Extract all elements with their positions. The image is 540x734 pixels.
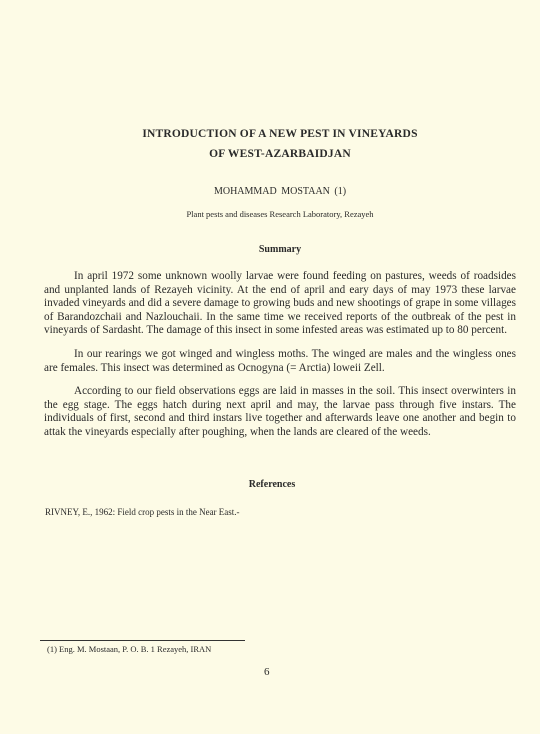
paragraph-text: In our rearings we got winged and wingle… bbox=[44, 348, 516, 375]
title-line-1: INTRODUCTION OF A NEW PEST IN VINEYARDS bbox=[10, 128, 540, 140]
author: MOHAMMAD MOSTAAN (1) bbox=[10, 186, 540, 197]
paragraph-text: According to our field observations eggs… bbox=[44, 385, 516, 439]
footnote-divider bbox=[40, 640, 245, 641]
summary-heading: Summary bbox=[10, 244, 540, 255]
paragraph-text: In april 1972 some unknown woolly larvae… bbox=[44, 270, 516, 338]
summary-paragraph-2: In our rearings we got winged and wingle… bbox=[44, 348, 516, 375]
affiliation: Plant pests and diseases Research Labora… bbox=[10, 209, 540, 219]
summary-paragraph-1: In april 1972 some unknown woolly larvae… bbox=[44, 270, 516, 338]
reference-item: RIVNEY, E., 1962: Field crop pests in th… bbox=[45, 507, 240, 517]
title-line-2: OF WEST-AZARBAIDJAN bbox=[10, 148, 540, 160]
page-number: 6 bbox=[264, 666, 270, 678]
references-heading: References bbox=[2, 479, 540, 490]
summary-paragraph-3: According to our field observations eggs… bbox=[44, 385, 516, 439]
footnote: (1) Eng. M. Mostaan, P. O. B. 1 Rezayeh,… bbox=[47, 644, 211, 654]
